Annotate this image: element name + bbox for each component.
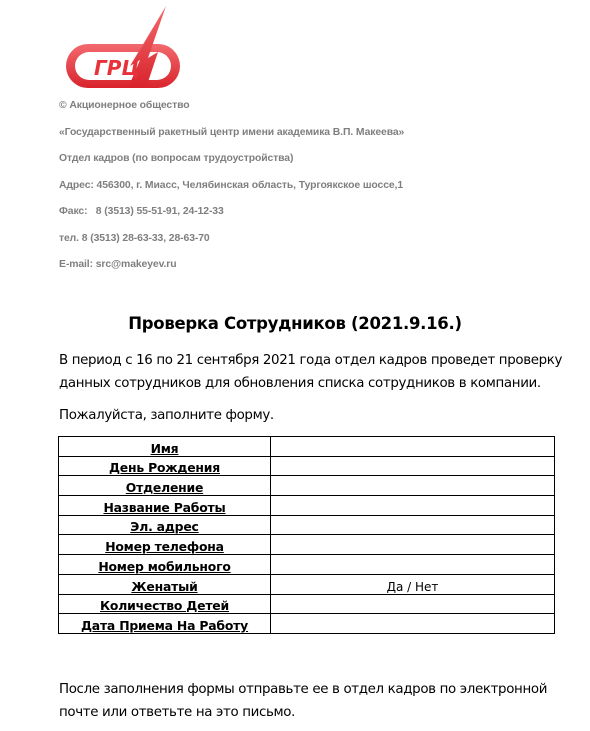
field-label: Дата Приема На Работу <box>59 614 271 634</box>
field-label: День Рождения <box>59 456 271 476</box>
table-row: День Рождения <box>59 456 555 476</box>
request-text: Пожалуйста, заполните форму. <box>59 404 274 427</box>
field-label: Имя <box>59 437 271 457</box>
field-value-cell[interactable] <box>271 555 555 575</box>
field-value-cell[interactable]: Да / Нет <box>271 574 555 594</box>
table-row: Эл. адрес <box>59 515 555 535</box>
field-value-cell[interactable] <box>271 515 555 535</box>
table-row: Количество Детей <box>59 594 555 614</box>
field-label: Название Работы <box>59 496 271 516</box>
table-row: Номер телефона <box>59 535 555 555</box>
field-value-cell[interactable] <box>271 614 555 634</box>
field-label-text: Дата Приема На Работу <box>81 618 248 633</box>
field-value-cell[interactable] <box>271 594 555 614</box>
table-row: Отделение <box>59 476 555 496</box>
intro-line-1: В период с 16 по 21 сентября 2021 года о… <box>59 349 562 372</box>
field-label: Эл. адрес <box>59 515 271 535</box>
field-label-text: Отделение <box>126 480 203 495</box>
field-label: Номер телефона <box>59 535 271 555</box>
field-value-cell[interactable] <box>271 476 555 496</box>
field-value-cell[interactable] <box>271 456 555 476</box>
field-label: Количество Детей <box>59 594 271 614</box>
field-label-text: Номер телефона <box>105 539 224 554</box>
field-label-text: Эл. адрес <box>130 519 198 534</box>
page-title: Проверка Сотрудников (2021.9.16.) <box>0 314 590 333</box>
field-label-text: Номер мобильного <box>98 559 230 574</box>
field-label-text: Название Работы <box>103 500 225 515</box>
field-label: Женатый <box>59 574 271 594</box>
header-line: тел. 8 (3513) 28-63-33, 28-63-70 <box>59 233 210 244</box>
header-line: «Государственный ракетный центр имени ак… <box>59 127 404 138</box>
table-row: Название Работы <box>59 496 555 516</box>
field-label-text: День Рождения <box>109 460 220 475</box>
grc-logo: ГРЦ <box>58 4 186 90</box>
closing-line-1: После заполнения формы отправьте ее в от… <box>59 678 547 701</box>
table-row: ЖенатыйДа / Нет <box>59 574 555 594</box>
logo-text: ГРЦ <box>94 56 140 80</box>
field-label: Номер мобильного <box>59 555 271 575</box>
header-line: © Акционерное общество <box>59 100 190 111</box>
header-line: Адрес: 456300, г. Миасс, Челябинская обл… <box>59 180 403 191</box>
table-row: Номер мобильного <box>59 555 555 575</box>
header-line: Отдел кадров (по вопросам трудоустройств… <box>59 153 293 164</box>
intro-line-2: данных сотрудников для обновления списка… <box>59 372 541 395</box>
field-value-cell[interactable] <box>271 535 555 555</box>
header-line: E-mail: src@makeyev.ru <box>59 259 176 270</box>
field-label-text: Женатый <box>131 579 197 594</box>
employee-form-table: ИмяДень РожденияОтделениеНазвание Работы… <box>58 436 555 634</box>
field-value-cell[interactable] <box>271 437 555 457</box>
table-row: Дата Приема На Работу <box>59 614 555 634</box>
header-line: Факс: 8 (3513) 55-51-91, 24-12-33 <box>59 206 224 217</box>
closing-line-2: почте или ответьте на это письмо. <box>59 701 295 724</box>
field-value-cell[interactable] <box>271 496 555 516</box>
table-row: Имя <box>59 437 555 457</box>
field-label: Отделение <box>59 476 271 496</box>
field-label-text: Имя <box>151 441 179 456</box>
field-label-text: Количество Детей <box>100 598 229 613</box>
